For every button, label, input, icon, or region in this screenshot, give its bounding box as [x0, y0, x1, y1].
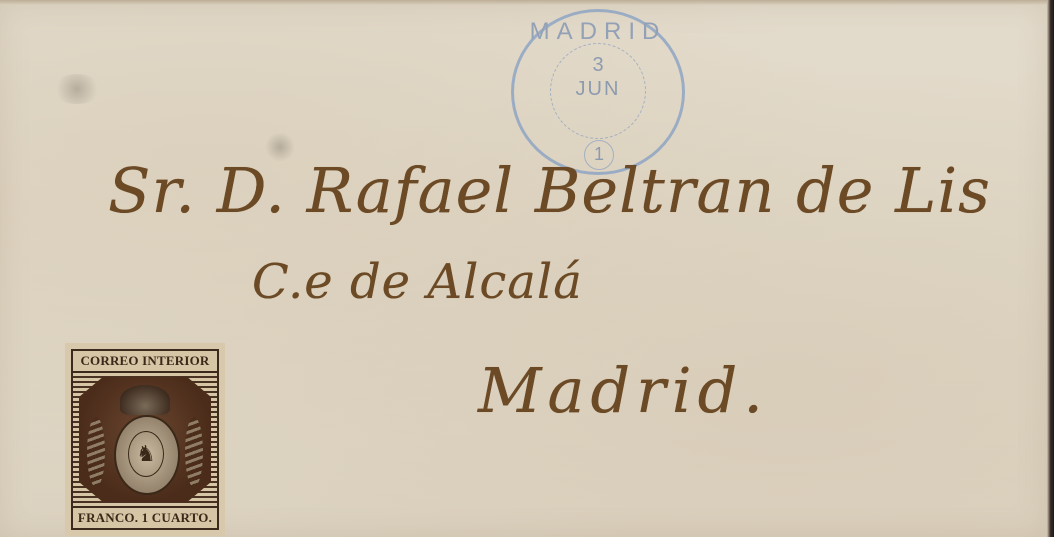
cover-top-edge — [0, 0, 1054, 5]
stamp-frame: CORREO INTERIOR ♞ FRANCO. 1 CUARTO. — [71, 349, 219, 530]
laurel-left-icon — [87, 417, 105, 487]
postmark-day: 3 — [551, 54, 645, 77]
postmark-date-circle: 3 JUN — [550, 43, 646, 139]
address-line-street: C.e de Alcalá — [252, 254, 583, 310]
postage-stamp: CORREO INTERIOR ♞ FRANCO. 1 CUARTO. — [65, 343, 225, 536]
address-line-city: Madrid. — [478, 354, 769, 427]
stamp-octagon: ♞ — [79, 377, 211, 502]
coat-of-arms-oval: ♞ — [114, 415, 180, 495]
stamp-bottom-text: FRANCO. 1 CUARTO. — [73, 506, 217, 528]
crown-icon — [120, 385, 170, 415]
postmark-city: MADRID — [514, 18, 682, 46]
laurel-right-icon — [185, 417, 203, 487]
cover-right-edge — [1047, 0, 1054, 537]
postmark: MADRID 3 JUN 1 — [511, 9, 685, 175]
address-line-recipient: Sr. D. Rafael Beltran de Lis — [108, 154, 991, 227]
postal-cover: MADRID 3 JUN 1 Sr. D. Rafael Beltran de … — [0, 4, 1047, 537]
stamp-top-text: CORREO INTERIOR — [73, 351, 217, 373]
postmark-month: JUN — [551, 78, 645, 101]
ink-smudge — [52, 74, 102, 104]
bear-and-tree-icon: ♞ — [128, 431, 164, 477]
